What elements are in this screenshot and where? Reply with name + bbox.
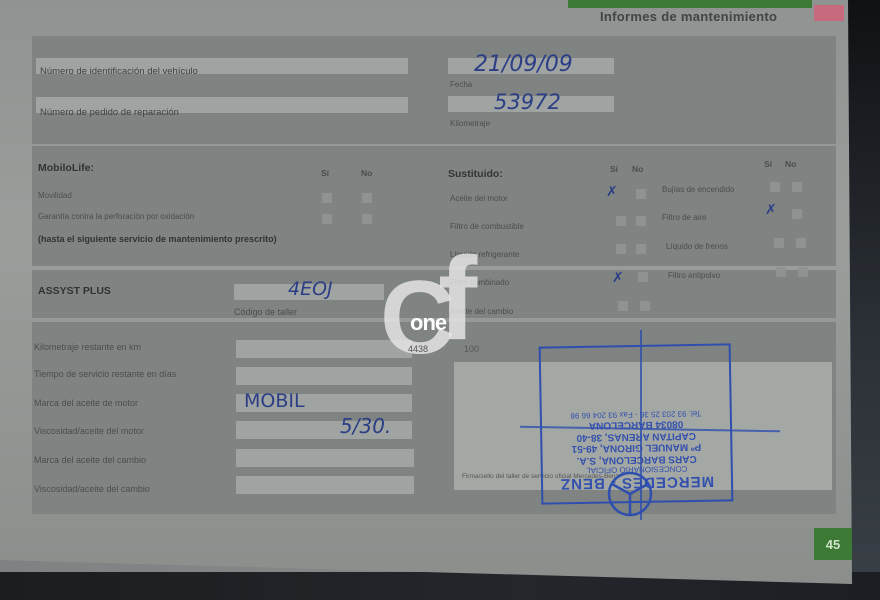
movilidad-yes-checkbox[interactable] [322, 193, 332, 203]
coolant-yes-checkbox[interactable] [616, 244, 626, 254]
workshop-code-label: Código de taller [234, 307, 297, 317]
fuel-filter-no-checkbox[interactable] [636, 216, 646, 226]
repair-order-label: Número de pedido de reparación [40, 107, 179, 118]
dust-filter-yes-checkbox[interactable] [776, 267, 786, 277]
workshop-code-value: 4EOJ [288, 278, 333, 300]
watermark-number-right: 100 [464, 344, 479, 354]
combined-filter-no-checkbox[interactable] [638, 272, 648, 282]
service-field-label: Tiempo de servicio restante en días [34, 369, 176, 379]
replaced-item-label: Bujías de encendido [662, 185, 735, 194]
mobilolife-note: (hasta el siguiente servicio de mantenim… [38, 234, 277, 244]
replaced-item-label: Aceite del motor [450, 194, 508, 203]
fuel-filter-yes-checkbox[interactable] [616, 216, 626, 226]
replaced-right-no-header: No [785, 159, 796, 169]
page-number: 45 [814, 528, 852, 560]
mercedes-star-icon [606, 470, 654, 518]
gear-oil-no-checkbox[interactable] [640, 301, 650, 311]
mobilolife-item-label: Garantía contra la perforación por oxida… [38, 212, 194, 221]
service-field-label: Kilometraje restante en km [34, 342, 141, 352]
header-pink-tab [814, 5, 844, 21]
brake-fluid-no-checkbox[interactable] [796, 238, 806, 248]
replaced-item-label: Filtro de aire [662, 213, 706, 222]
gear-oil-yes-checkbox[interactable] [618, 301, 628, 311]
air-filter-yes-mark[interactable]: ✗ [765, 202, 777, 218]
service-field-label: Marca del aceite del cambio [34, 455, 146, 465]
engine-oil-yes-mark[interactable]: ✗ [606, 184, 618, 200]
mobilolife-item-label: Movilidad [38, 191, 72, 200]
replaced-item-label: Filtro de combustible [450, 222, 524, 231]
service-field-label: Viscosidad/aceite del cambio [34, 484, 150, 494]
replaced-right-yes-header: Sí [764, 159, 772, 169]
background-edge [848, 0, 880, 600]
service-field-label: Viscosidad/aceite del motor [34, 426, 144, 436]
gear-oil-brand-field[interactable] [236, 449, 414, 467]
engine-oil-viscosity-value: 5/30. [340, 414, 391, 438]
combined-filter-yes-mark[interactable]: ✗ [612, 270, 624, 286]
replaced-title: Sustituido: [448, 168, 503, 180]
engine-oil-brand-value: MOBIL [244, 390, 305, 412]
watermark-logo: C f one 4438 100 [380, 240, 500, 360]
mobilolife-yes-header: Sí [321, 168, 329, 178]
movilidad-no-checkbox[interactable] [362, 193, 372, 203]
gear-oil-viscosity-field[interactable] [236, 476, 414, 494]
replaced-item-label: Líquido de frenos [666, 242, 728, 251]
vin-label: Número de identificación del vehículo [40, 66, 198, 77]
coolant-no-checkbox[interactable] [636, 244, 646, 254]
assyst-title: ASSYST PLUS [38, 285, 111, 297]
engine-oil-no-checkbox[interactable] [636, 189, 646, 199]
spark-plugs-no-checkbox[interactable] [792, 182, 802, 192]
air-filter-no-checkbox[interactable] [792, 209, 802, 219]
dust-filter-no-checkbox[interactable] [798, 267, 808, 277]
vehicle-panel [32, 36, 836, 144]
header-green-band [568, 0, 812, 8]
section-title: Informes de mantenimiento [600, 9, 777, 24]
replaced-item-label: Filtro antipolvo [668, 271, 720, 280]
date-value: 21/09/09 [474, 52, 573, 77]
oxidation-no-checkbox[interactable] [362, 214, 372, 224]
mobilolife-title: MobiloLife: [38, 162, 94, 174]
date-label: Fecha [450, 80, 472, 89]
watermark-text: one [410, 310, 446, 336]
mileage-value: 53972 [494, 90, 561, 114]
mileage-label: Kilometraje [450, 119, 490, 128]
watermark-letter-f: f [438, 240, 477, 358]
replaced-no-header: No [632, 164, 643, 174]
brake-fluid-yes-checkbox[interactable] [774, 238, 784, 248]
replaced-yes-header: Sí [610, 164, 618, 174]
watermark-number-left: 4438 [408, 344, 428, 354]
spark-plugs-yes-checkbox[interactable] [770, 182, 780, 192]
mobilolife-no-header: No [361, 168, 372, 178]
oxidation-yes-checkbox[interactable] [322, 214, 332, 224]
service-field-label: Marca del aceite de motor [34, 398, 138, 408]
